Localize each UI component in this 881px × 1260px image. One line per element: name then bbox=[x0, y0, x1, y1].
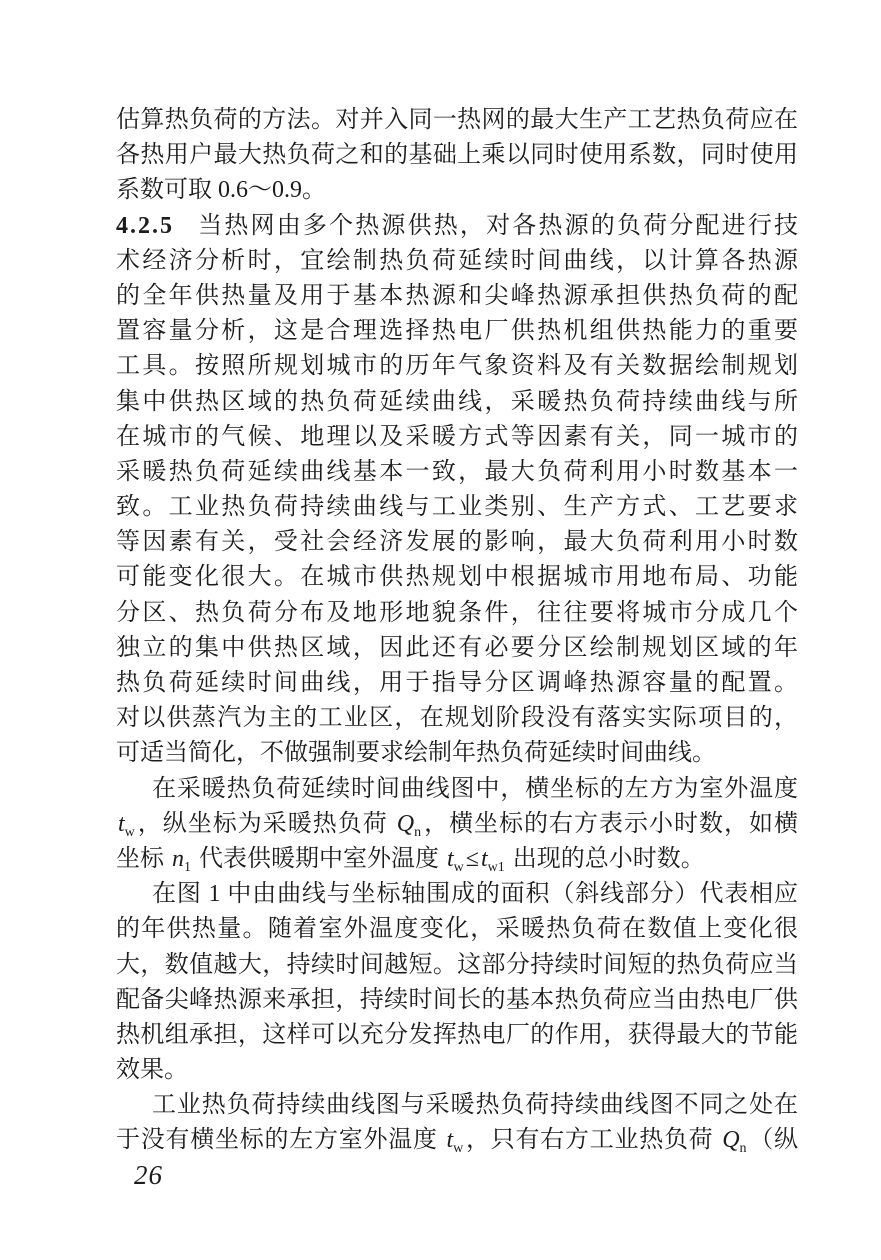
text-line: 配备尖峰热源来承担，持续时间长的基本热负荷应当由热电厂供 bbox=[116, 983, 798, 1018]
text-line: 热负荷延续时间曲线，用于指导分区调峰热源容量的配置。 bbox=[116, 666, 798, 701]
page-number: 26 bbox=[134, 1160, 163, 1191]
text-line: 等因素有关，受社会经济发展的影响，最大负荷利用小时数 bbox=[116, 525, 798, 560]
text-segment: 估算热负荷的方法。对并入同一热网的最大生产工艺热负荷应在 bbox=[116, 107, 798, 133]
text-line: 在采暖热负荷延续时间曲线图中，横坐标的左方为室外温度 bbox=[116, 772, 798, 807]
text-line: 可能变化很大。在城市供热规划中根据城市用地布局、功能 bbox=[116, 560, 798, 595]
variable-symbol: n bbox=[170, 846, 184, 872]
text-line: 独立的集中供热区域，因此还有必要分区绘制规划区域的年 bbox=[116, 631, 798, 666]
text-line: 系数可取 0.6～0.9。 bbox=[116, 173, 798, 208]
text-segment: 出现的总小时数。 bbox=[507, 846, 705, 872]
text-segment: 致。工业热负荷持续曲线与工业类别、生产方式、工艺要求 bbox=[116, 494, 798, 520]
variable-symbol: Q bbox=[395, 811, 414, 837]
text-line: 4.2.5当热网由多个热源供热，对各热源的负荷分配进行技 bbox=[116, 209, 798, 244]
text-line: 的年供热量。随着室外温度变化，采暖热负荷在数值上变化很 bbox=[116, 912, 798, 947]
text-line: 各热用户最大热负荷之和的基础上乘以同时使用系数，同时使用 bbox=[116, 138, 798, 173]
text-segment: 热机组承担，这样可以充分发挥热电厂的作用，获得最大的节能 bbox=[116, 1022, 798, 1048]
variable-symbol: Q bbox=[720, 1127, 739, 1153]
text-segment: 采暖热负荷延续曲线基本一致，最大负荷利用小时数基本一 bbox=[116, 459, 798, 485]
text-line: 估算热负荷的方法。对并入同一热网的最大生产工艺热负荷应在 bbox=[116, 103, 798, 138]
text-segment: ，纵坐标为采暖热负荷 bbox=[137, 811, 395, 837]
variable-subscript: w1 bbox=[488, 860, 507, 875]
text-line: 效果。 bbox=[116, 1053, 798, 1088]
text-segment: 大，数值越大，持续时间越短。这部分持续时间短的热负荷应当 bbox=[116, 952, 798, 978]
text-segment: ，横坐标的右方表示小时数，如横 bbox=[423, 811, 798, 837]
text-line: 置容量分析，这是合理选择热电厂供热机组供热能力的重要 bbox=[116, 314, 798, 349]
text-line: 采暖热负荷延续曲线基本一致，最大负荷利用小时数基本一 bbox=[116, 455, 798, 490]
text-segment: 的年供热量。随着室外温度变化，采暖热负荷在数值上变化很 bbox=[116, 916, 798, 942]
body-text: 估算热负荷的方法。对并入同一热网的最大生产工艺热负荷应在各热用户最大热负荷之和的… bbox=[116, 103, 798, 1159]
text-segment: 在采暖热负荷延续时间曲线图中，横坐标的左方为室外温度 bbox=[152, 776, 798, 802]
text-segment: 各热用户最大热负荷之和的基础上乘以同时使用系数，同时使用 bbox=[116, 142, 798, 168]
text-segment: 在城市的气候、地理以及采暖方式等因素有关，同一城市的 bbox=[116, 424, 798, 450]
text-segment: 效果。 bbox=[116, 1057, 188, 1083]
clause-number: 4.2.5 bbox=[116, 213, 196, 239]
text-line: 在城市的气候、地理以及采暖方式等因素有关，同一城市的 bbox=[116, 420, 798, 455]
text-line: 分区、热负荷分布及地形地貌条件，往往要将城市分成几个 bbox=[116, 596, 798, 631]
text-segment: ≤ bbox=[466, 846, 479, 872]
text-line: 于没有横坐标的左方室外温度 tw，只有右方工业热负荷 Qn（纵 bbox=[116, 1123, 798, 1158]
text-segment: 对以供蒸汽为主的工业区，在规划阶段没有落实实际项目的， bbox=[116, 705, 798, 731]
text-line: tw，纵坐标为采暖热负荷 Qn，横坐标的右方表示小时数，如横 bbox=[116, 807, 798, 842]
text-line: 致。工业热负荷持续曲线与工业类别、生产方式、工艺要求 bbox=[116, 490, 798, 525]
text-segment: 在图 1 中由曲线与坐标轴围成的面积（斜线部分）代表相应 bbox=[152, 881, 798, 907]
text-segment: （纵 bbox=[749, 1127, 799, 1153]
text-line: 集中供热区域的热负荷延续曲线，采暖热负荷持续曲线与所 bbox=[116, 385, 798, 420]
variable-subscript: w bbox=[454, 860, 466, 875]
text-segment: 可适当简化，不做强制要求绘制年热负荷延续时间曲线。 bbox=[116, 740, 716, 766]
text-line: 的全年供热量及用于基本热源和尖峰热源承担供热负荷的配 bbox=[116, 279, 798, 314]
variable-subscript: n bbox=[414, 825, 423, 840]
text-segment: 热负荷延续时间曲线，用于指导分区调峰热源容量的配置。 bbox=[116, 670, 798, 696]
text-segment: 集中供热区域的热负荷延续曲线，采暖热负荷持续曲线与所 bbox=[116, 389, 798, 415]
text-segment: 系数可取 0.6～0.9。 bbox=[116, 177, 326, 203]
text-segment: 独立的集中供热区域，因此还有必要分区绘制规划区域的年 bbox=[116, 635, 798, 661]
text-segment: 配备尖峰热源来承担，持续时间长的基本热负荷应当由热电厂供 bbox=[116, 987, 798, 1013]
variable-subscript: 1 bbox=[184, 860, 193, 875]
variable-subscript: w bbox=[453, 1141, 465, 1156]
text-line: 热机组承担，这样可以充分发挥热电厂的作用，获得最大的节能 bbox=[116, 1018, 798, 1053]
variable-subscript: w bbox=[125, 825, 137, 840]
variable-symbol: t bbox=[479, 846, 488, 872]
text-segment: ，只有右方工业热负荷 bbox=[465, 1127, 720, 1153]
text-line: 可适当简化，不做强制要求绘制年热负荷延续时间曲线。 bbox=[116, 736, 798, 771]
text-segment: 等因素有关，受社会经济发展的影响，最大负荷利用小时数 bbox=[116, 529, 798, 555]
text-line: 在图 1 中由曲线与坐标轴围成的面积（斜线部分）代表相应 bbox=[116, 877, 798, 912]
text-segment: 于没有横坐标的左方室外温度 bbox=[116, 1127, 444, 1153]
text-segment: 置容量分析，这是合理选择热电厂供热机组供热能力的重要 bbox=[116, 318, 798, 344]
text-line: 术经济分析时，宜绘制热负荷延续时间曲线，以计算各热源 bbox=[116, 244, 798, 279]
text-segment: 可能变化很大。在城市供热规划中根据城市用地布局、功能 bbox=[116, 564, 798, 590]
variable-symbol: t bbox=[116, 811, 125, 837]
text-line: 工业热负荷持续曲线图与采暖热负荷持续曲线图不同之处在 bbox=[116, 1088, 798, 1123]
text-line: 工具。按照所规划城市的历年气象资料及有关数据绘制规划 bbox=[116, 349, 798, 384]
variable-subscript: n bbox=[740, 1141, 749, 1156]
document-page: 估算热负荷的方法。对并入同一热网的最大生产工艺热负荷应在各热用户最大热负荷之和的… bbox=[0, 0, 881, 1260]
text-segment: 术经济分析时，宜绘制热负荷延续时间曲线，以计算各热源 bbox=[116, 248, 798, 274]
text-line: 对以供蒸汽为主的工业区，在规划阶段没有落实实际项目的， bbox=[116, 701, 798, 736]
variable-symbol: t bbox=[445, 846, 454, 872]
text-segment: 工具。按照所规划城市的历年气象资料及有关数据绘制规划 bbox=[116, 353, 798, 379]
text-line: 坐标 n1 代表供暖期中室外温度 tw≤tw1 出现的总小时数。 bbox=[116, 842, 798, 877]
text-segment: 分区、热负荷分布及地形地貌条件，往往要将城市分成几个 bbox=[116, 600, 798, 626]
text-line: 大，数值越大，持续时间越短。这部分持续时间短的热负荷应当 bbox=[116, 948, 798, 983]
variable-symbol: t bbox=[444, 1127, 453, 1153]
text-segment: 工业热负荷持续曲线图与采暖热负荷持续曲线图不同之处在 bbox=[152, 1092, 798, 1118]
text-segment: 坐标 bbox=[116, 846, 170, 872]
text-segment: 代表供暖期中室外温度 bbox=[193, 846, 445, 872]
text-segment: 的全年供热量及用于基本热源和尖峰热源承担供热负荷的配 bbox=[116, 283, 798, 309]
text-segment: 当热网由多个热源供热，对各热源的负荷分配进行技 bbox=[196, 213, 798, 239]
